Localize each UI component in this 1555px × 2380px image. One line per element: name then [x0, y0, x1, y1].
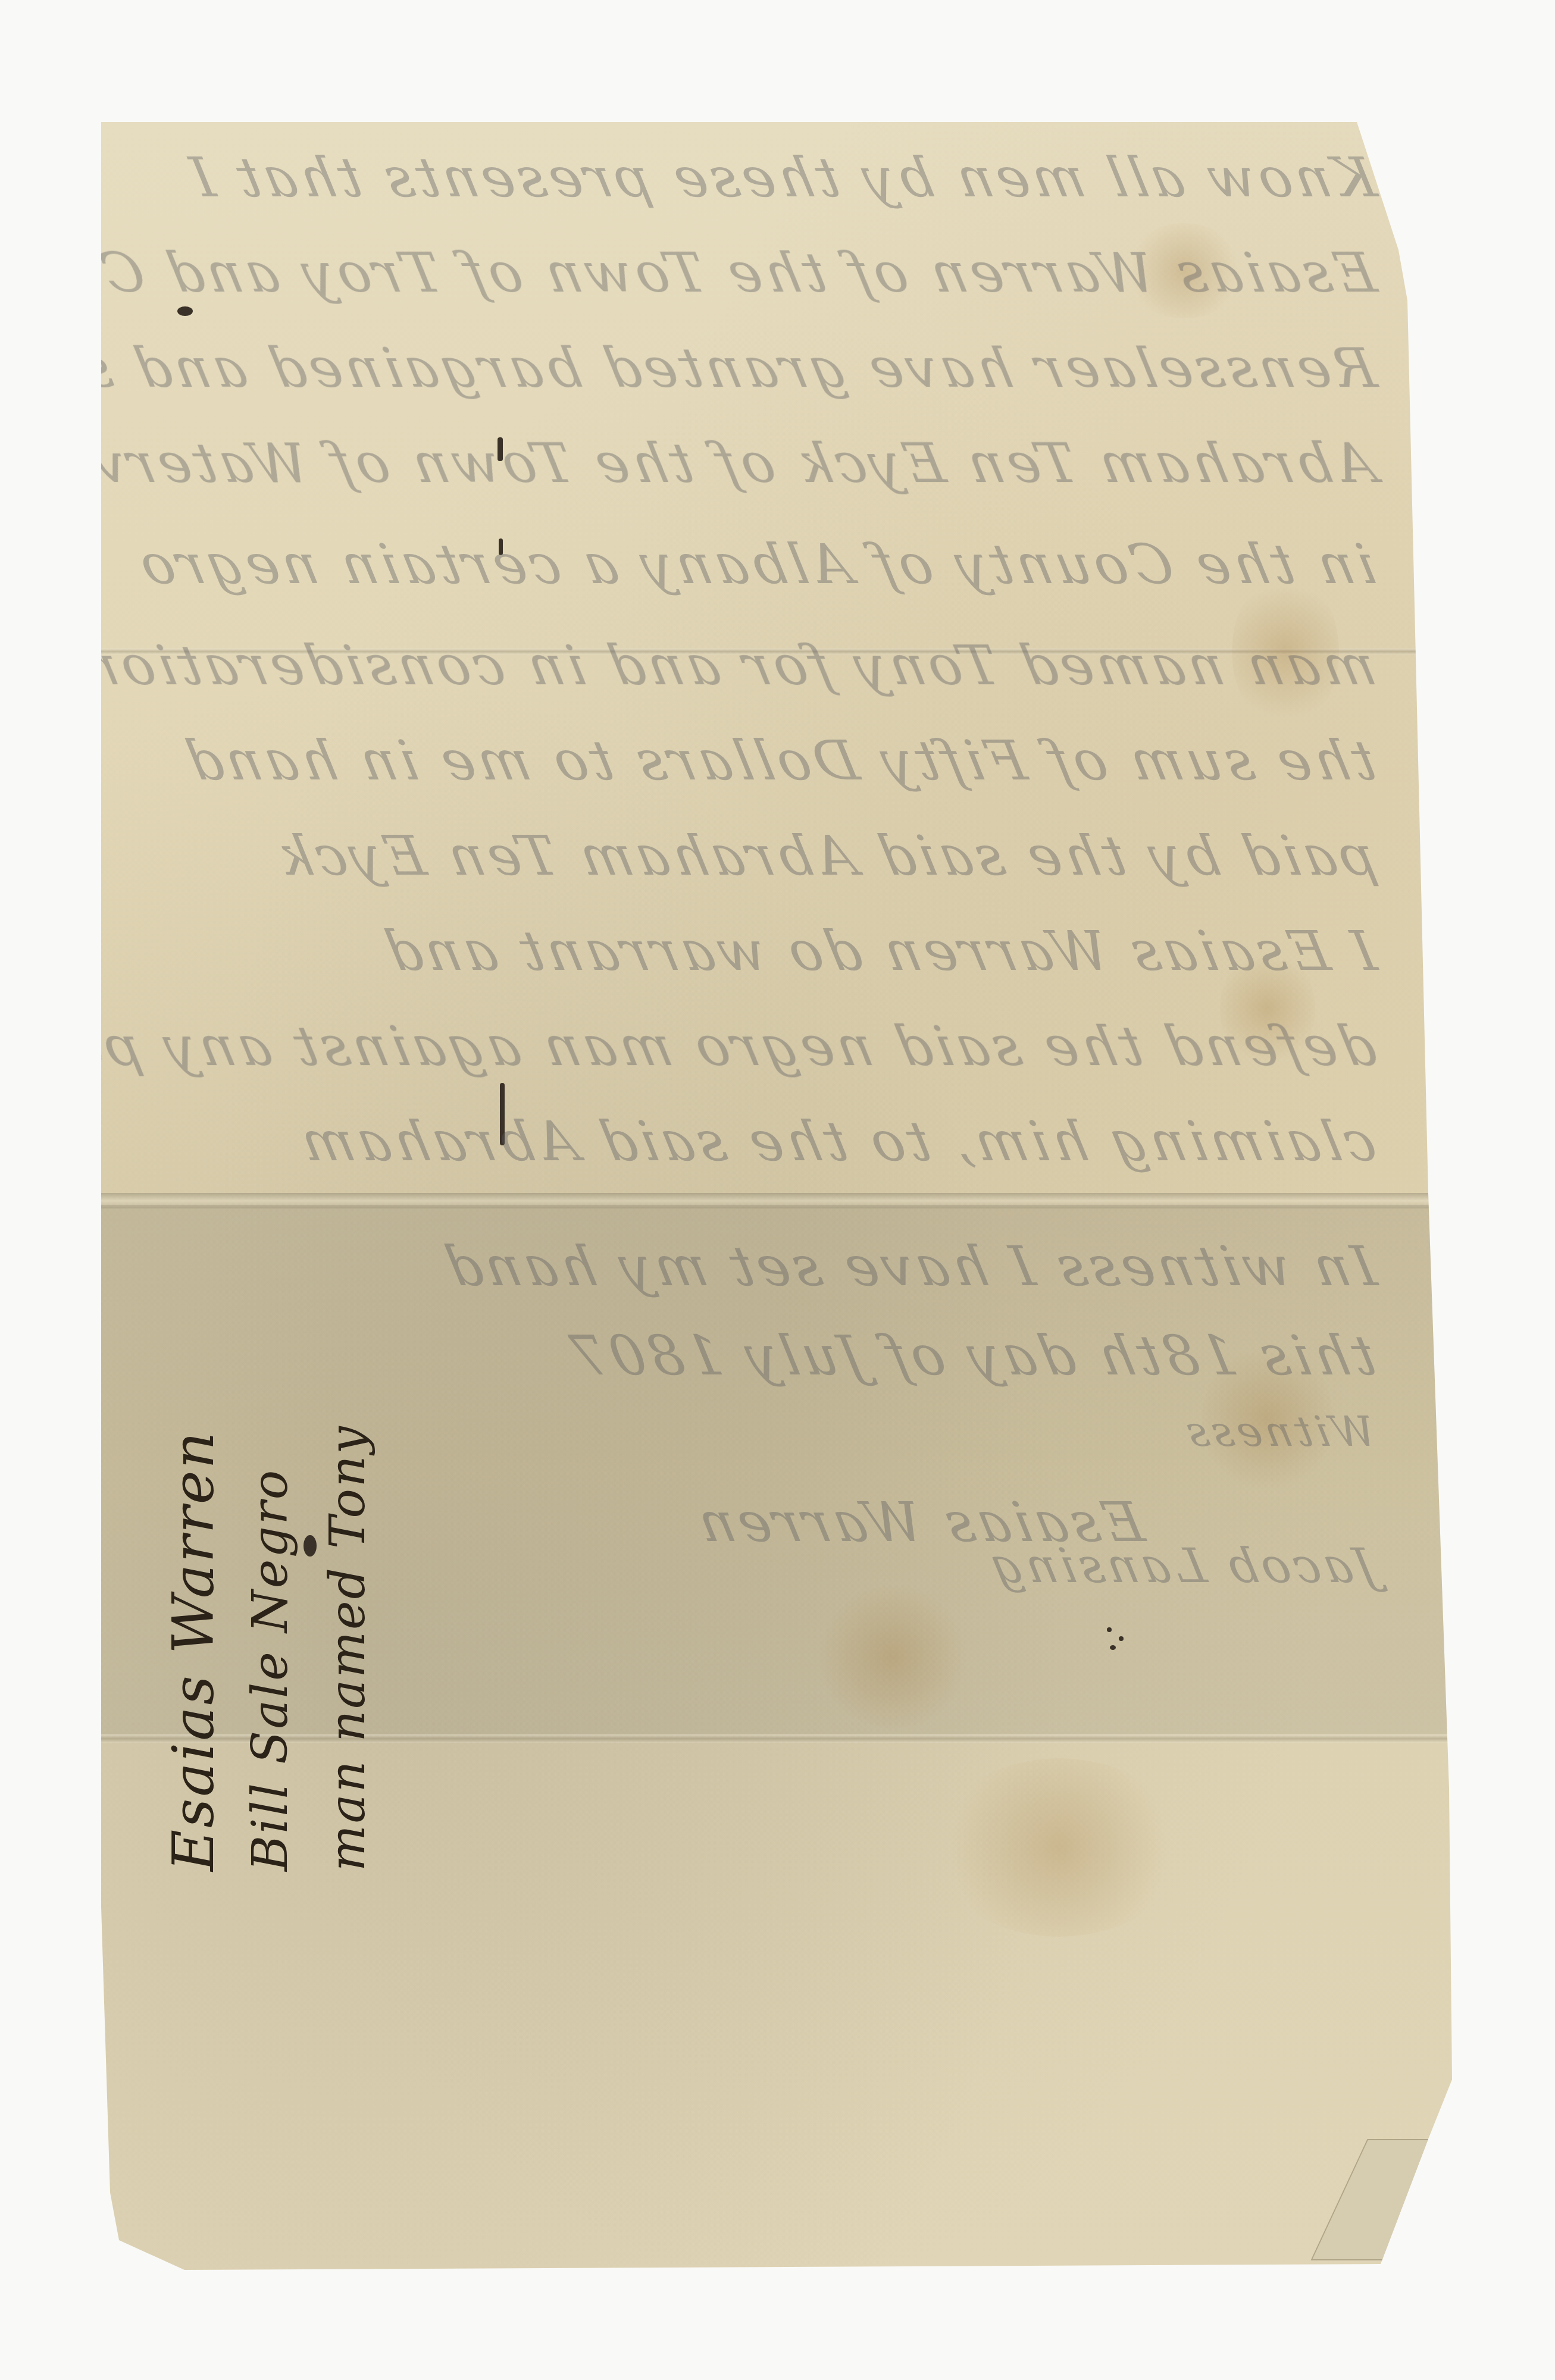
bleed-through-text: Know all men by these presents that I Es…: [101, 122, 1464, 2270]
bleed-line: Abraham Ten Eyck of the Town of Watervli…: [0, 431, 1381, 495]
bleed-line: man named Tony for and in consideration …: [0, 634, 1381, 697]
bleed-line: I Esaias Warren do warrant and: [376, 919, 1381, 983]
docket-endorsement: Esaias Warren Bill Sale Negro man named …: [155, 1424, 387, 1871]
bleed-line: Know all men by these presents that I: [182, 146, 1381, 209]
bleed-line: paid by the said Abraham Ten Eyck: [268, 824, 1381, 888]
bleed-line: Rensselaer have granted bargained and so…: [0, 336, 1381, 400]
docket-line-subject: man named Tony: [309, 1424, 387, 1871]
bleed-line: this 18th day of July 1807: [561, 1324, 1381, 1388]
bleed-line: claiming him, to the said Abraham: [292, 1110, 1381, 1173]
bleed-line: In witness I have set my hand: [436, 1235, 1381, 1298]
docket-line-title: Bill Sale Negro: [232, 1424, 309, 1871]
bleed-line: Jacob Lansing: [983, 1538, 1381, 1593]
bleed-line: the sum of Fifty Dollars to me in hand: [177, 729, 1382, 793]
bleed-line: in the County of Albany a certain negro: [131, 533, 1382, 596]
bleed-line: defend the said negro man against any pe…: [0, 1014, 1381, 1078]
bleed-line: Witness: [1178, 1407, 1380, 1456]
manuscript-page: Know all men by these presents that I Es…: [101, 122, 1464, 2270]
docket-line-name: Esaias Warren: [155, 1424, 232, 1871]
bleed-line: Esaias Warren of the Town of Troy and Co…: [0, 241, 1381, 305]
